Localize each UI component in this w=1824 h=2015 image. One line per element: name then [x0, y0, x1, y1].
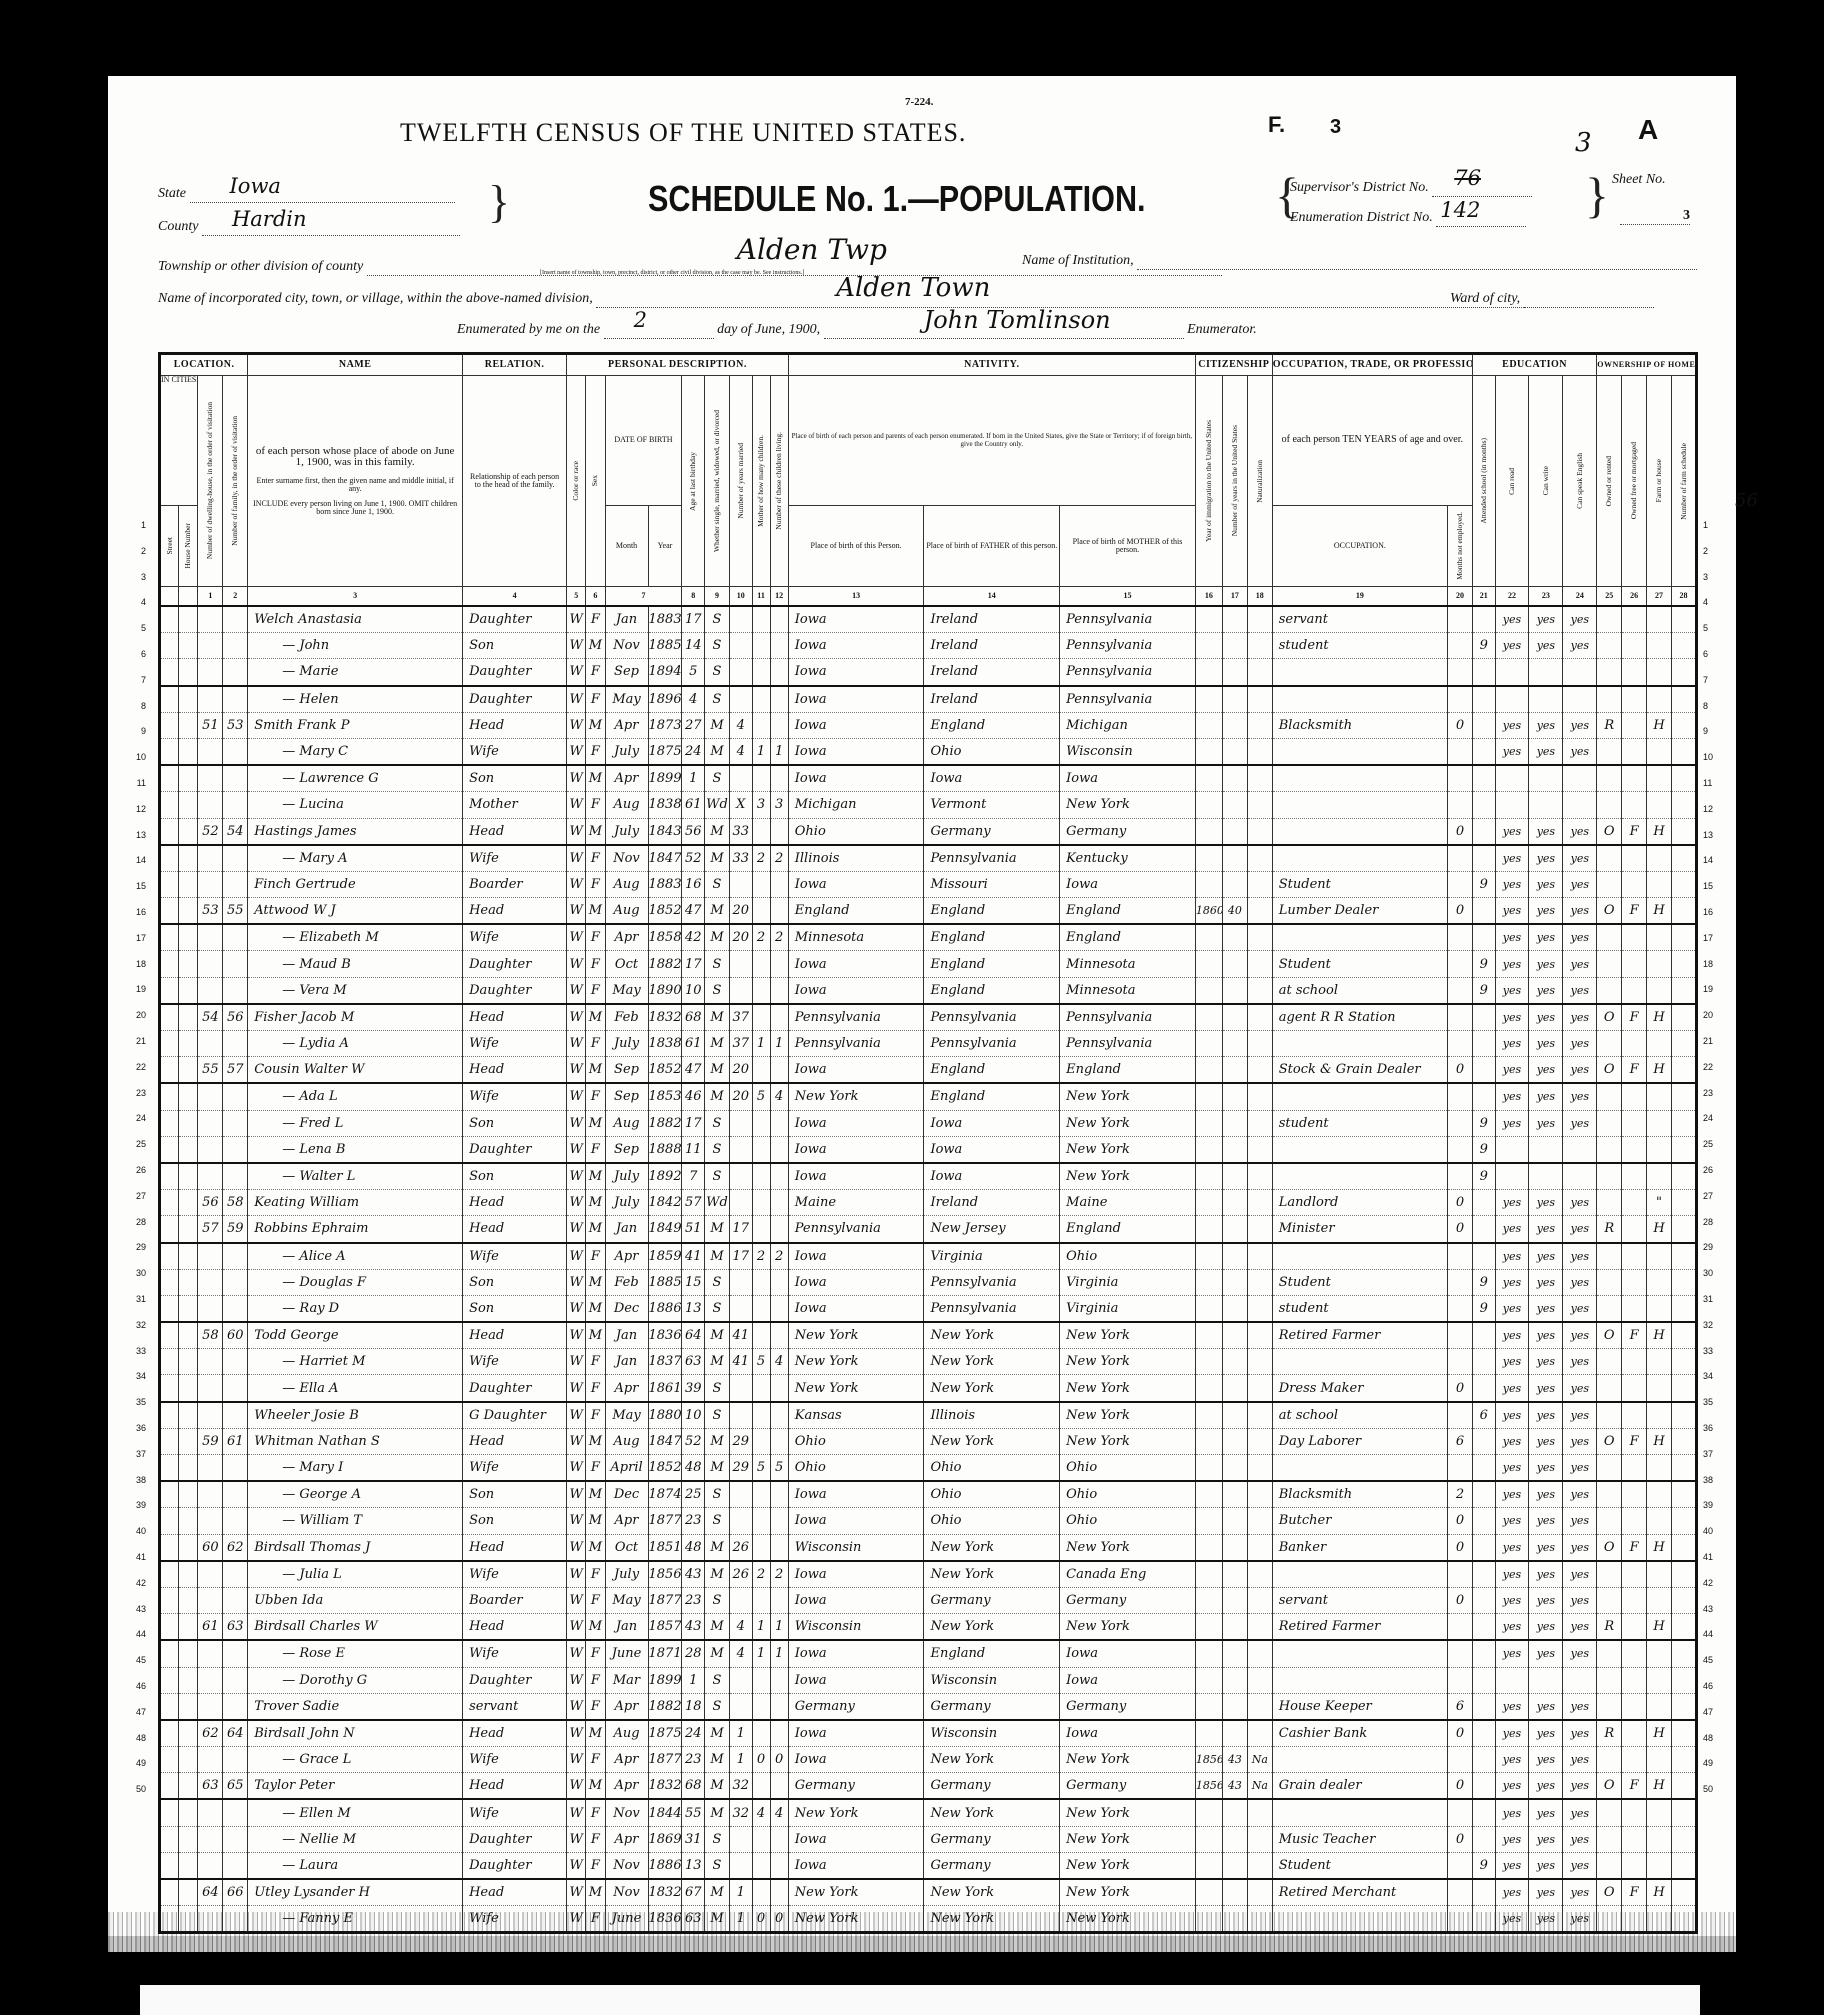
family-number-cell: 62 [223, 1534, 248, 1561]
farm-schedule-cell [1671, 951, 1696, 977]
sex-cell: F [586, 1455, 605, 1482]
farm-house-cell [1647, 951, 1672, 977]
dwelling-number-cell [198, 659, 223, 686]
can-read-cell: yes [1495, 738, 1529, 765]
can-write-cell: yes [1529, 1561, 1563, 1588]
relation-cell: Head [463, 1720, 567, 1747]
street-cell [160, 1720, 179, 1747]
years-married-cell [729, 686, 752, 713]
immigration-year-cell [1195, 977, 1222, 1004]
line-number: 16 [120, 907, 146, 917]
occupation-cell: student [1272, 633, 1447, 659]
can-speak-english-cell: yes [1563, 712, 1597, 738]
color-cell: W [567, 1190, 586, 1216]
farm-house-cell [1647, 1587, 1672, 1613]
can-write-cell [1529, 792, 1563, 818]
sheet-number-label: Sheet No. [1612, 172, 1666, 188]
can-read-cell: yes [1495, 1110, 1529, 1136]
house-number-cell [179, 1561, 198, 1588]
free-mortgaged-cell [1622, 1243, 1647, 1270]
line-number: 44 [120, 1629, 146, 1639]
population-rows: Welch AnastasiaDaughterWFJan188317SIowaI… [160, 606, 1697, 1933]
can-write-cell: yes [1529, 1269, 1563, 1295]
owned-rented-cell [1597, 1455, 1622, 1482]
can-write-cell: yes [1529, 1110, 1563, 1136]
birth-year-cell: 1856 [648, 1561, 682, 1588]
relation-cell: Wife [463, 1083, 567, 1110]
years-in-us-cell [1222, 845, 1247, 872]
table-row: 5759Robbins EphraimHeadWMJan184951M17Pen… [160, 1216, 1697, 1243]
sex-cell: M [586, 765, 605, 792]
free-mortgaged-cell [1622, 1269, 1647, 1295]
free-mortgaged-cell: F [1622, 1057, 1647, 1084]
color-cell: W [567, 633, 586, 659]
occupation-cell: Retired Merchant [1272, 1879, 1447, 1906]
children-living-cell: 1 [770, 1640, 788, 1667]
person-name-cell: Cousin Walter W [248, 1057, 463, 1084]
dwelling-number-cell: 57 [198, 1216, 223, 1243]
immigration-year-cell [1195, 686, 1222, 713]
mother-of-cell [752, 818, 770, 845]
line-number-right: 39 [1703, 1500, 1723, 1510]
can-speak-english-cell: yes [1563, 1455, 1597, 1482]
years-in-us-cell [1222, 1322, 1247, 1349]
farm-schedule-cell [1671, 1906, 1696, 1933]
birth-month-cell: Apr [605, 1747, 648, 1773]
father-birthplace-cell: Germany [924, 1773, 1060, 1800]
line-number-right: 2 [1703, 546, 1723, 556]
mother-of-cell [752, 1136, 770, 1163]
naturalization-cell [1247, 738, 1272, 765]
line-number-right: 43 [1703, 1604, 1723, 1614]
farm-schedule-cell [1671, 1349, 1696, 1375]
sex-cell: F [586, 1667, 605, 1693]
family-number-cell [223, 1852, 248, 1879]
line-number: 45 [120, 1655, 146, 1665]
farm-house-cell [1647, 1640, 1672, 1667]
birth-month-cell: Apr [605, 1375, 648, 1402]
months-unemployed-cell [1448, 1879, 1473, 1906]
family-number-cell [223, 686, 248, 713]
father-birthplace-cell: New York [924, 1906, 1060, 1933]
person-name-cell: — Walter L [248, 1163, 463, 1190]
enumerator-name: John Tomlinson [924, 306, 1111, 334]
school-months-cell: 9 [1472, 1163, 1495, 1190]
table-row: — Nellie MDaughterWFApr186931SIowaGerman… [160, 1826, 1697, 1852]
farm-house-cell [1647, 1269, 1672, 1295]
immigration-year-cell [1195, 1031, 1222, 1057]
occupation-cell: student [1272, 1295, 1447, 1322]
father-birthplace-cell: Germany [924, 1826, 1060, 1852]
township-value: Alden Twp [737, 233, 887, 266]
dwelling-number-cell [198, 1402, 223, 1429]
years-married-cell [729, 1402, 752, 1429]
marital-status-cell: M [705, 1906, 730, 1933]
can-speak-english-cell [1563, 1163, 1597, 1190]
free-mortgaged-cell [1622, 1720, 1647, 1747]
free-mortgaged-cell [1622, 1852, 1647, 1879]
owned-rented-cell [1597, 977, 1622, 1004]
farm-house-cell: H [1647, 1057, 1672, 1084]
naturalization-cell [1247, 633, 1272, 659]
years-married-cell: 32 [729, 1799, 752, 1826]
birth-year-cell: 1883 [648, 871, 682, 897]
sex-cell: M [586, 1216, 605, 1243]
sex-cell: F [586, 1906, 605, 1933]
can-speak-english-cell: yes [1563, 1057, 1597, 1084]
line-number: 39 [120, 1500, 146, 1510]
farm-house-cell [1647, 606, 1672, 633]
mother-birthplace-cell: New York [1060, 1879, 1196, 1906]
naturalization-cell [1247, 1190, 1272, 1216]
children-living-cell [770, 606, 788, 633]
can-write-cell: yes [1529, 738, 1563, 765]
person-name-cell: Keating William [248, 1190, 463, 1216]
sex-cell: M [586, 1720, 605, 1747]
years-married-cell [729, 1587, 752, 1613]
children-living-cell: 5 [770, 1455, 788, 1482]
can-write-cell: yes [1529, 977, 1563, 1004]
farm-schedule-cell [1671, 1455, 1696, 1482]
owned-rented-cell [1597, 1561, 1622, 1588]
occupation-cell: Retired Farmer [1272, 1614, 1447, 1641]
birth-month-cell: Nov [605, 1879, 648, 1906]
owned-rented-cell: R [1597, 712, 1622, 738]
immigration-year-cell [1195, 738, 1222, 765]
dwelling-number-cell [198, 1508, 223, 1534]
line-number-right: 20 [1703, 1010, 1723, 1020]
years-in-us-cell [1222, 818, 1247, 845]
school-months-cell [1472, 1640, 1495, 1667]
age-cell: 61 [682, 1031, 705, 1057]
can-read-cell: yes [1495, 1614, 1529, 1641]
age-cell: 23 [682, 1508, 705, 1534]
children-living-cell [770, 659, 788, 686]
years-in-us-cell [1222, 977, 1247, 1004]
owned-rented-cell: R [1597, 1614, 1622, 1641]
color-cell: W [567, 1508, 586, 1534]
immigration-year-cell [1195, 1322, 1222, 1349]
line-number-right: 37 [1703, 1449, 1723, 1459]
marital-status-cell: M [705, 1349, 730, 1375]
owned-rented-cell [1597, 738, 1622, 765]
age-cell: 18 [682, 1693, 705, 1720]
children-living-cell: 2 [770, 845, 788, 872]
children-living-cell [770, 1587, 788, 1613]
naturalization-cell [1247, 1667, 1272, 1693]
occupation-cell [1272, 818, 1447, 845]
can-read-cell: yes [1495, 1587, 1529, 1613]
table-row: 5456Fisher Jacob MHeadWMFeb183268M37Penn… [160, 1004, 1697, 1031]
birthplace-cell: Iowa [788, 1640, 924, 1667]
age-cell: 48 [682, 1534, 705, 1561]
owned-rented-cell [1597, 1481, 1622, 1508]
years-married-cell [729, 606, 752, 633]
line-number: 40 [120, 1526, 146, 1536]
sex-cell: M [586, 1481, 605, 1508]
farm-schedule-cell [1671, 1587, 1696, 1613]
mother-of-cell [752, 1879, 770, 1906]
months-unemployed-cell [1448, 1667, 1473, 1693]
line-number-right: 26 [1703, 1165, 1723, 1175]
mother-birthplace-cell: New York [1060, 1110, 1196, 1136]
children-living-cell: 2 [770, 924, 788, 951]
months-unemployed-cell: 0 [1448, 1720, 1473, 1747]
father-birthplace-cell: New York [924, 1879, 1060, 1906]
relation-cell: Daughter [463, 659, 567, 686]
can-write-cell [1529, 765, 1563, 792]
farm-house-cell: H [1647, 818, 1672, 845]
years-married-cell: 32 [729, 1773, 752, 1800]
sheet-number-field: 3 [1620, 208, 1690, 225]
can-speak-english-cell: yes [1563, 1747, 1597, 1773]
farm-house-cell [1647, 686, 1672, 713]
naturalization-cell [1247, 1481, 1272, 1508]
birthplace-cell: Iowa [788, 1057, 924, 1084]
school-months-cell [1472, 818, 1495, 845]
children-living-cell: 2 [770, 1561, 788, 1588]
relation-cell: Son [463, 1295, 567, 1322]
relation-cell: Head [463, 1428, 567, 1454]
naturalization-cell [1247, 712, 1272, 738]
mother-birthplace-cell: Germany [1060, 818, 1196, 845]
handwritten-page-number: 3 [1575, 128, 1592, 158]
owned-rented-cell [1597, 765, 1622, 792]
line-number: 10 [120, 752, 146, 762]
birth-year-cell: 1851 [648, 1534, 682, 1561]
table-row: — Mary CWifeWFJuly187524M411IowaOhioWisc… [160, 738, 1697, 765]
line-number: 17 [120, 933, 146, 943]
father-birthplace-cell: New York [924, 1375, 1060, 1402]
birth-month-cell: Aug [605, 1110, 648, 1136]
farm-house-cell: H [1647, 1216, 1672, 1243]
family-number-cell [223, 1587, 248, 1613]
table-row: — JohnSonWMNov188514SIowaIrelandPennsylv… [160, 633, 1697, 659]
can-read-cell: yes [1495, 924, 1529, 951]
can-speak-english-cell: yes [1563, 1906, 1597, 1933]
farm-schedule-cell [1671, 1190, 1696, 1216]
street-cell [160, 1243, 179, 1270]
can-read-cell: yes [1495, 1773, 1529, 1800]
birth-month-cell: June [605, 1906, 648, 1933]
birthplace-cell: Iowa [788, 1136, 924, 1163]
can-speak-english-cell: yes [1563, 1322, 1597, 1349]
farm-house-cell [1647, 1481, 1672, 1508]
years-in-us-cell [1222, 1136, 1247, 1163]
farm-house-cell [1647, 1906, 1672, 1933]
children-living-cell [770, 1216, 788, 1243]
birthplace-cell: Iowa [788, 1295, 924, 1322]
mother-of-cell [752, 1508, 770, 1534]
birth-year-cell: 1853 [648, 1083, 682, 1110]
occupation-cell [1272, 792, 1447, 818]
years-married-cell: 4 [729, 1614, 752, 1641]
free-mortgaged-cell [1622, 1216, 1647, 1243]
relation-cell: Daughter [463, 951, 567, 977]
can-speak-english-cell: yes [1563, 871, 1597, 897]
house-number-cell [179, 898, 198, 925]
age-cell: 52 [682, 1428, 705, 1454]
father-birthplace-cell: Ireland [924, 606, 1060, 633]
family-number-cell [223, 951, 248, 977]
months-unemployed-cell [1448, 738, 1473, 765]
institution-field: Name of Institution, [1022, 253, 1697, 270]
years-in-us-cell [1222, 1614, 1247, 1641]
age-cell: 4 [682, 686, 705, 713]
family-number-cell [223, 633, 248, 659]
owned-rented-cell: O [1597, 818, 1622, 845]
birthplace-cell: Ohio [788, 818, 924, 845]
line-number-right: 33 [1703, 1346, 1723, 1356]
mother-of-cell [752, 1375, 770, 1402]
farm-house-cell [1647, 1083, 1672, 1110]
relation-cell: Wife [463, 845, 567, 872]
owned-rented-cell [1597, 1667, 1622, 1693]
relation-cell: Wife [463, 1906, 567, 1933]
table-row: — Walter LSonWMJuly18927SIowaIowaNew Yor… [160, 1163, 1697, 1190]
relation-cell: Head [463, 818, 567, 845]
line-number: 7 [120, 675, 146, 685]
can-read-cell: yes [1495, 1428, 1529, 1454]
years-married-cell [729, 765, 752, 792]
free-mortgaged-cell: F [1622, 818, 1647, 845]
mother-of-cell [752, 1216, 770, 1243]
immigration-year-cell [1195, 1402, 1222, 1429]
birth-month-cell: Aug [605, 898, 648, 925]
father-birthplace-cell: Pennsylvania [924, 845, 1060, 872]
can-speak-english-cell: yes [1563, 1190, 1597, 1216]
header-can-speak-english: Can speak English [1576, 453, 1584, 509]
color-cell: W [567, 871, 586, 897]
street-cell [160, 1057, 179, 1084]
can-speak-english-cell: yes [1563, 738, 1597, 765]
years-married-cell [729, 1163, 752, 1190]
farm-house-cell [1647, 1163, 1672, 1190]
line-number-right: 29 [1703, 1242, 1723, 1252]
free-mortgaged-cell [1622, 1587, 1647, 1613]
sex-cell: M [586, 1508, 605, 1534]
supervisor-district-value: 76 [1454, 166, 1481, 190]
street-cell [160, 898, 179, 925]
can-read-cell: yes [1495, 818, 1529, 845]
mother-of-cell [752, 1693, 770, 1720]
immigration-year-cell [1195, 792, 1222, 818]
sheet-number-value: 3 [1683, 208, 1690, 223]
father-birthplace-cell: New York [924, 1747, 1060, 1773]
sex-cell: F [586, 1747, 605, 1773]
table-row: — Mary IWifeWFApril185248M2955OhioOhioOh… [160, 1455, 1697, 1482]
sex-cell: F [586, 686, 605, 713]
line-number: 15 [120, 881, 146, 891]
occupation-cell: Student [1272, 1852, 1447, 1879]
dwelling-number-cell: 51 [198, 712, 223, 738]
age-cell: 43 [682, 1614, 705, 1641]
years-in-us-cell [1222, 1508, 1247, 1534]
immigration-year-cell [1195, 1852, 1222, 1879]
farm-house-cell [1647, 1747, 1672, 1773]
immigration-year-cell [1195, 1163, 1222, 1190]
immigration-year-cell [1195, 1243, 1222, 1270]
birthplace-cell: Kansas [788, 1402, 924, 1429]
months-unemployed-cell [1448, 924, 1473, 951]
header-mother-of: Mother of how many children. [757, 435, 765, 527]
family-number-cell [223, 1295, 248, 1322]
months-unemployed-cell [1448, 1640, 1473, 1667]
occupation-cell: Lumber Dealer [1272, 898, 1447, 925]
immigration-year-cell [1195, 1906, 1222, 1933]
person-name-cell: Attwood W J [248, 898, 463, 925]
immigration-year-cell [1195, 633, 1222, 659]
header-year: Year [648, 506, 682, 587]
farm-house-cell: H [1647, 1322, 1672, 1349]
farm-schedule-cell [1671, 1004, 1696, 1031]
relation-cell: Daughter [463, 1136, 567, 1163]
house-number-cell [179, 1667, 198, 1693]
family-number-cell: 60 [223, 1322, 248, 1349]
years-married-cell: 20 [729, 1057, 752, 1084]
age-cell: 24 [682, 1720, 705, 1747]
occupation-cell: Student [1272, 871, 1447, 897]
farm-schedule-cell [1671, 1216, 1696, 1243]
marital-status-cell: S [705, 871, 730, 897]
color-cell: W [567, 606, 586, 633]
children-living-cell [770, 712, 788, 738]
color-cell: W [567, 924, 586, 951]
street-cell [160, 1747, 179, 1773]
years-married-cell: 37 [729, 1004, 752, 1031]
relation-cell: Wife [463, 1349, 567, 1375]
can-speak-english-cell: yes [1563, 1587, 1597, 1613]
years-in-us-cell [1222, 1004, 1247, 1031]
marital-status-cell: M [705, 1747, 730, 1773]
immigration-year-cell [1195, 1826, 1222, 1852]
person-name-cell: — Maud B [248, 951, 463, 977]
family-number-cell: 54 [223, 818, 248, 845]
school-months-cell [1472, 845, 1495, 872]
person-name-cell: — Lawrence G [248, 765, 463, 792]
dwelling-number-cell [198, 1640, 223, 1667]
months-unemployed-cell [1448, 1269, 1473, 1295]
header-family-number: Number of family, in the order of visita… [231, 416, 239, 546]
immigration-year-cell [1195, 1136, 1222, 1163]
house-number-cell [179, 1640, 198, 1667]
naturalization-cell: Na [1247, 1773, 1272, 1800]
can-write-cell: yes [1529, 1508, 1563, 1534]
years-married-cell: 33 [729, 845, 752, 872]
house-number-cell [179, 1216, 198, 1243]
years-married-cell [729, 659, 752, 686]
street-cell [160, 1402, 179, 1429]
children-living-cell [770, 977, 788, 1004]
family-number-cell [223, 1269, 248, 1295]
marital-status-cell: S [705, 765, 730, 792]
dwelling-number-cell [198, 606, 223, 633]
color-cell: W [567, 1614, 586, 1641]
birth-month-cell: Apr [605, 712, 648, 738]
can-speak-english-cell: yes [1563, 1799, 1597, 1826]
children-living-cell: 3 [770, 792, 788, 818]
age-cell: 64 [682, 1322, 705, 1349]
father-birthplace-cell: Germany [924, 1587, 1060, 1613]
street-cell [160, 1587, 179, 1613]
farm-house-cell: H [1647, 1004, 1672, 1031]
farm-schedule-cell [1671, 1163, 1696, 1190]
can-write-cell: yes [1529, 1720, 1563, 1747]
school-months-cell [1472, 1349, 1495, 1375]
free-mortgaged-cell [1622, 1163, 1647, 1190]
color-cell: W [567, 845, 586, 872]
birth-month-cell: Apr [605, 1826, 648, 1852]
